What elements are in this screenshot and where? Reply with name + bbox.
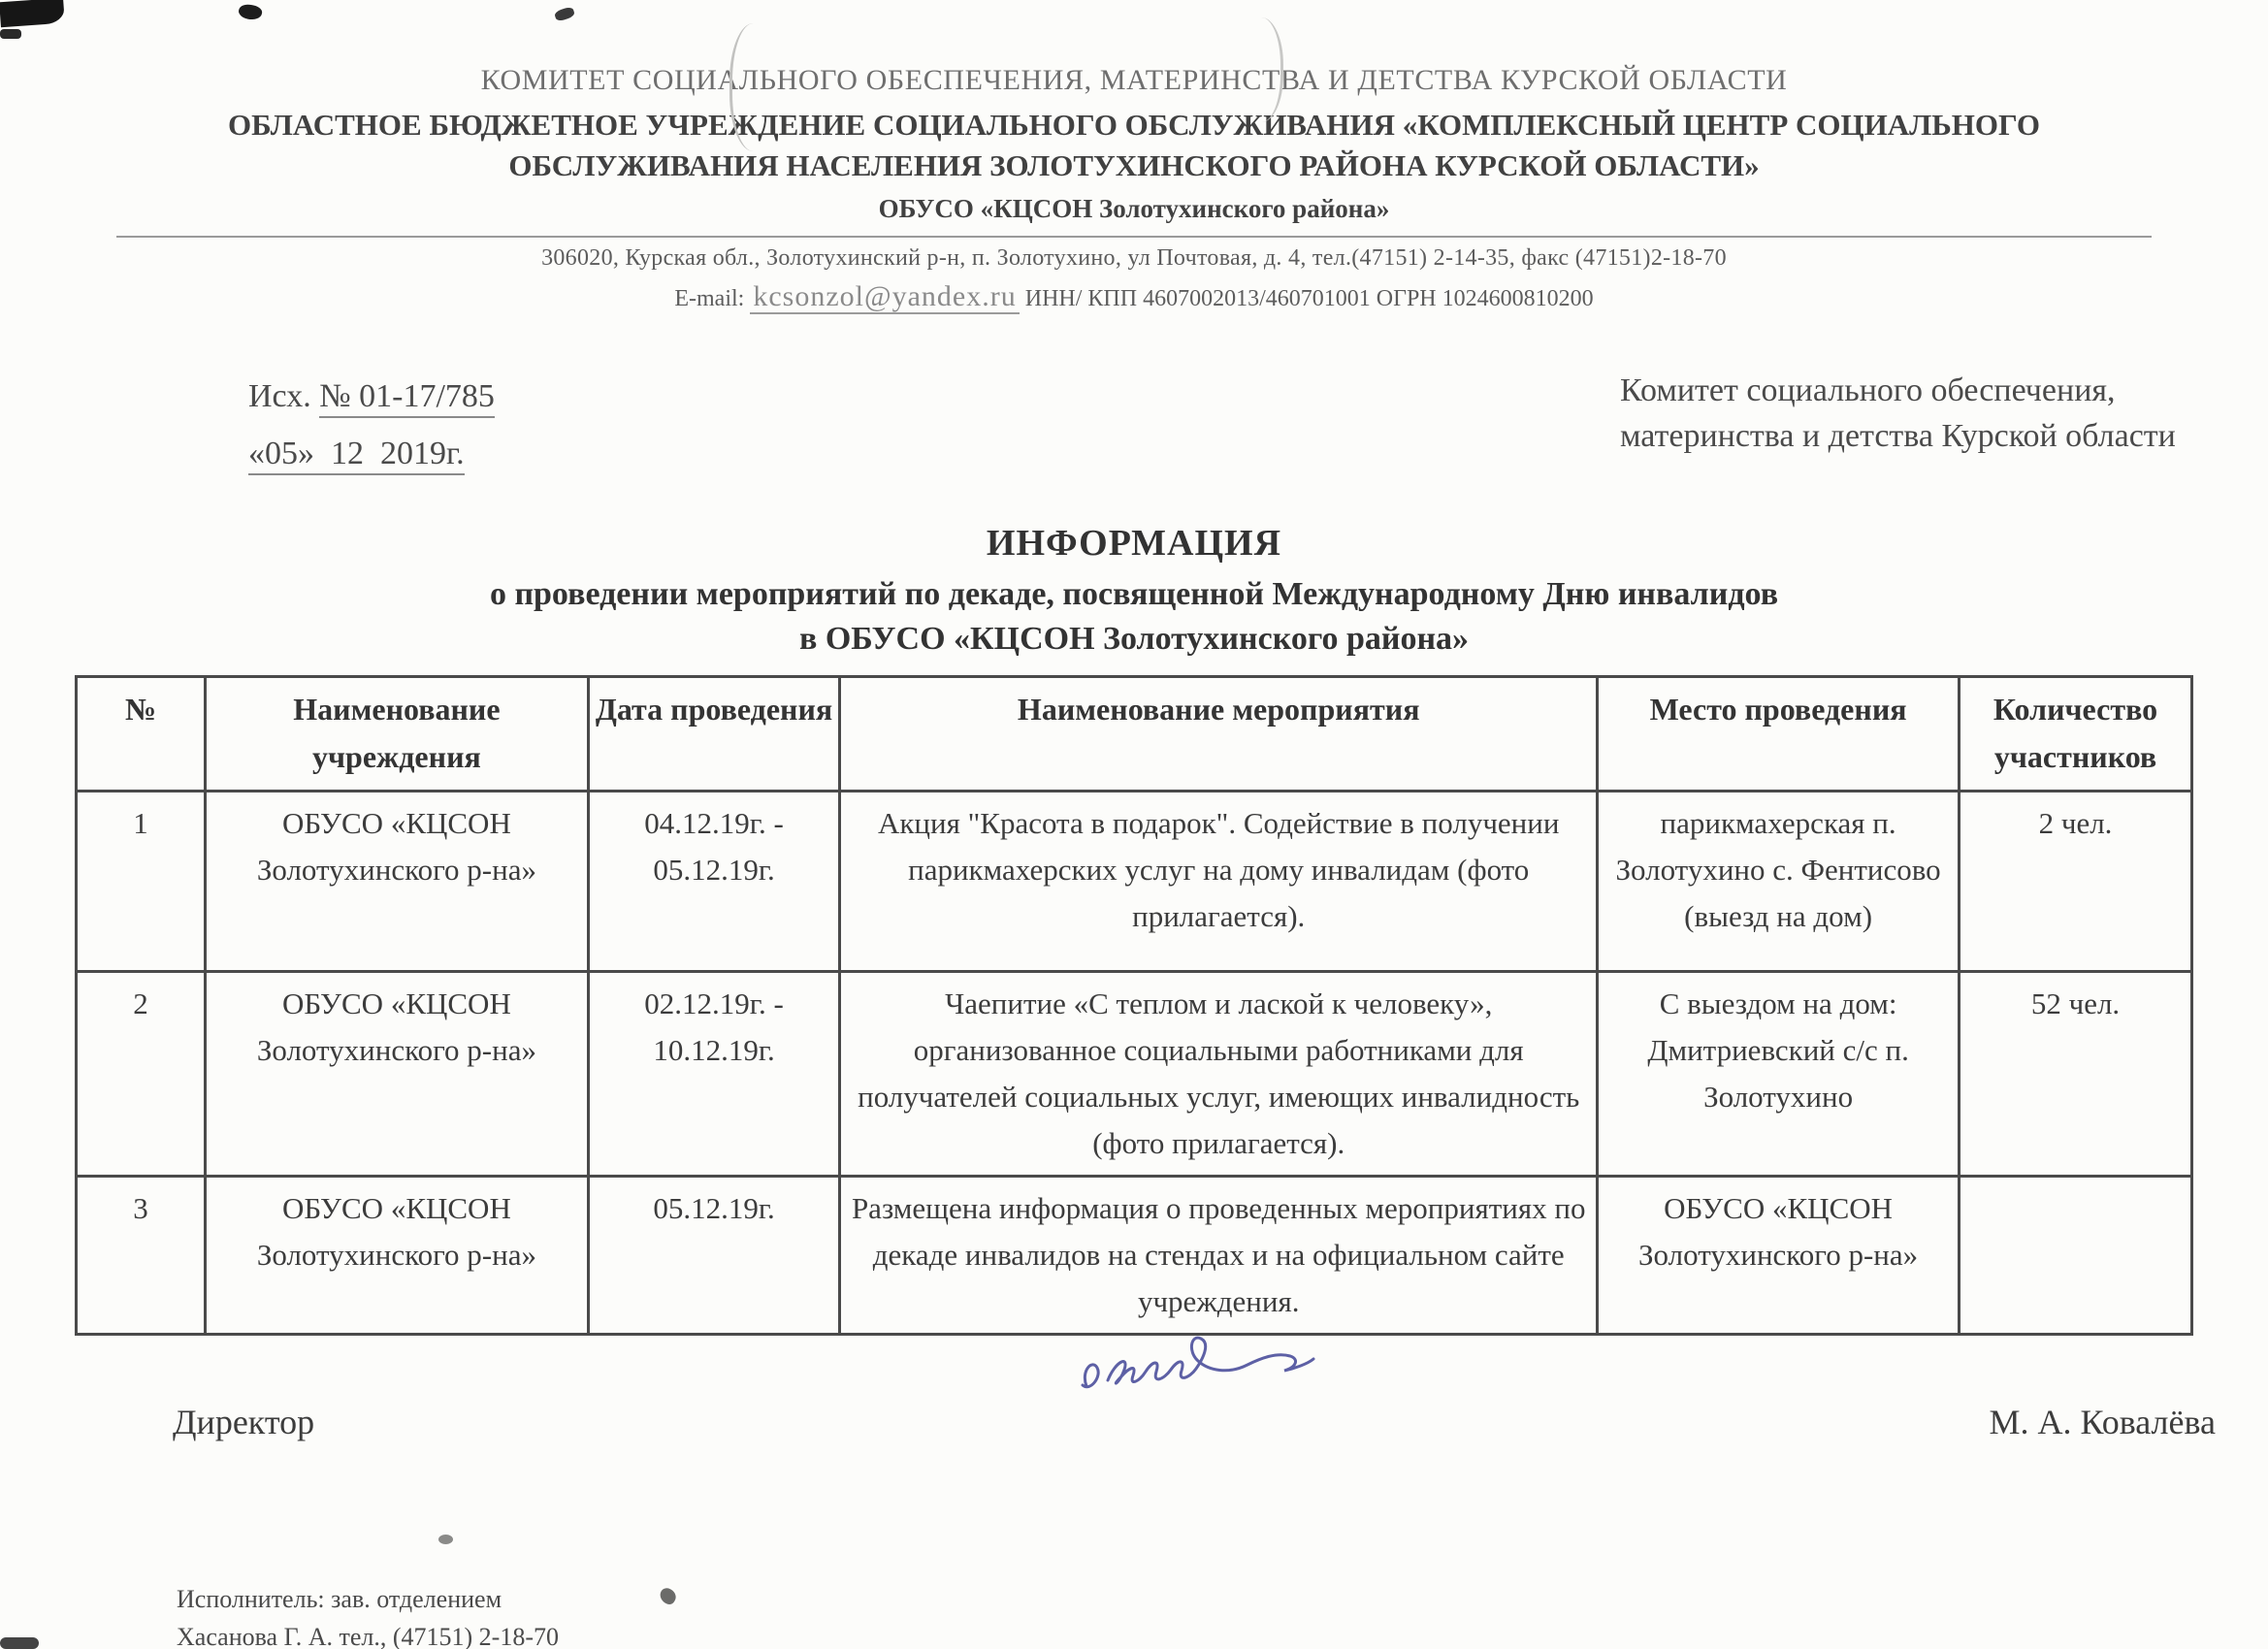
outgoing-number-line: Исх. № 01-17/785 xyxy=(248,368,495,426)
col-header-number: № xyxy=(77,676,206,791)
cell-number: 2 xyxy=(77,971,206,1176)
cell-institution: ОБУСО «КЦСОН Золотухинского р-на» xyxy=(206,1177,589,1335)
institution-name: ОБЛАСТНОЕ БЮДЖЕТНОЕ УЧРЕЖДЕНИЕ СОЦИАЛЬНО… xyxy=(212,105,2056,186)
table-header-row: № Наименование учреждения Дата проведени… xyxy=(77,676,2192,791)
col-header-place: Место проведения xyxy=(1598,676,1960,791)
address-line: 306020, Курская обл., Золотухинский р-н,… xyxy=(0,245,2268,272)
scanned-document-page: КОМИТЕТ СОЦИАЛЬНОГО ОБЕСПЕЧЕНИЯ, МАТЕРИН… xyxy=(0,0,2268,1649)
outgoing-date: «05» 12 2019г. xyxy=(248,436,465,475)
document-title-block: ИНФОРМАЦИЯ о проведении мероприятий по д… xyxy=(0,522,2268,658)
col-header-event: Наименование мероприятия xyxy=(840,676,1598,791)
contacts-line: E-mail: kcsonzol@yandex.ru ИНН/ КПП 4607… xyxy=(0,280,2268,313)
cell-event: Размещена информация о проведенных мероп… xyxy=(840,1177,1598,1335)
cell-event: Акция "Красота в подарок". Содействие в … xyxy=(840,791,1598,971)
cell-participants xyxy=(1960,1177,2192,1335)
outgoing-block: Исх. № 01-17/785 «05» 12 2019г. xyxy=(248,368,495,483)
cell-institution: ОБУСО «КЦСОН Золотухинского р-на» xyxy=(206,791,589,971)
reference-row: Исх. № 01-17/785 «05» 12 2019г. Комитет … xyxy=(248,368,2219,483)
cell-participants: 52 чел. xyxy=(1960,971,2192,1176)
cell-date: 05.12.19г. xyxy=(588,1177,840,1335)
cell-number: 1 xyxy=(77,791,206,971)
outgoing-date-line: «05» 12 2019г. xyxy=(248,425,495,483)
table-row: 2 ОБУСО «КЦСОН Золотухинского р-на» 02.1… xyxy=(77,971,2192,1176)
cell-number: 3 xyxy=(77,1177,206,1335)
cell-date: 02.12.19г. - 10.12.19г. xyxy=(588,971,840,1176)
cell-place: парикмахерская п. Золотухино с. Фентисов… xyxy=(1598,791,1960,971)
table-row: 1 ОБУСО «КЦСОН Золотухинского р-на» 04.1… xyxy=(77,791,2192,971)
recipient-block: Комитет социального обеспечения, материн… xyxy=(1620,368,2219,483)
col-header-institution: Наименование учреждения xyxy=(206,676,589,791)
cell-institution: ОБУСО «КЦСОН Золотухинского р-на» xyxy=(206,971,589,1176)
outgoing-prefix: Исх. xyxy=(248,378,311,414)
col-header-date: Дата проведения xyxy=(588,676,840,791)
handwritten-signature xyxy=(1065,1326,1319,1415)
events-table: № Наименование учреждения Дата проведени… xyxy=(75,675,2193,1337)
institution-short-name: ОБУСО «КЦСОН Золотухинского района» xyxy=(0,194,2268,224)
table-row: 3 ОБУСО «КЦСОН Золотухинского р-на» 05.1… xyxy=(77,1177,2192,1335)
cell-participants: 2 чел. xyxy=(1960,791,2192,971)
cell-event: Чаепитие «С теплом и лаской к человеку»,… xyxy=(840,971,1598,1176)
cell-place: ОБУСО «КЦСОН Золотухинского р-на» xyxy=(1598,1177,1960,1335)
signer-name: М. А. Ковалёва xyxy=(1990,1402,2217,1442)
letterhead: КОМИТЕТ СОЦИАЛЬНОГО ОБЕСПЕЧЕНИЯ, МАТЕРИН… xyxy=(0,0,2268,313)
email-label: E-mail: xyxy=(674,286,744,311)
col-header-participants: Количество участников xyxy=(1960,676,2192,791)
outgoing-number: № 01-17/785 xyxy=(319,378,495,418)
letterhead-divider xyxy=(116,236,2152,238)
committee-name: КОМИТЕТ СОЦИАЛЬНОГО ОБЕСПЕЧЕНИЯ, МАТЕРИН… xyxy=(0,64,2268,97)
executor-block: Исполнитель: зав. отделением Хасанова Г.… xyxy=(177,1580,2268,1649)
document-subtitle: о проведении мероприятий по декаде, посв… xyxy=(0,576,2268,613)
signer-role: Директор xyxy=(173,1402,314,1442)
cell-date: 04.12.19г. - 05.12.19г. xyxy=(588,791,840,971)
signature-row: Директор М. А. Ковалёва xyxy=(0,1392,2268,1471)
executor-line-1: Исполнитель: зав. отделением xyxy=(177,1580,2268,1618)
email-address: kcsonzol@yandex.ru xyxy=(750,280,1019,314)
cell-place: С выездом на дом: Дмитриевский с/с п. Зо… xyxy=(1598,971,1960,1176)
scan-artifact xyxy=(438,1535,453,1544)
scan-artifact xyxy=(0,1637,39,1649)
signature-stroke xyxy=(1083,1338,1313,1387)
document-subtitle-2: в ОБУСО «КЦСОН Золотухинского района» xyxy=(0,621,2268,658)
registration-numbers: ИНН/ КПП 4607002013/460701001 ОГРН 10246… xyxy=(1025,286,1594,311)
executor-line-2: Хасанова Г. А. тел., (47151) 2-18-70 xyxy=(177,1618,2268,1649)
document-title: ИНФОРМАЦИЯ xyxy=(0,522,2268,565)
